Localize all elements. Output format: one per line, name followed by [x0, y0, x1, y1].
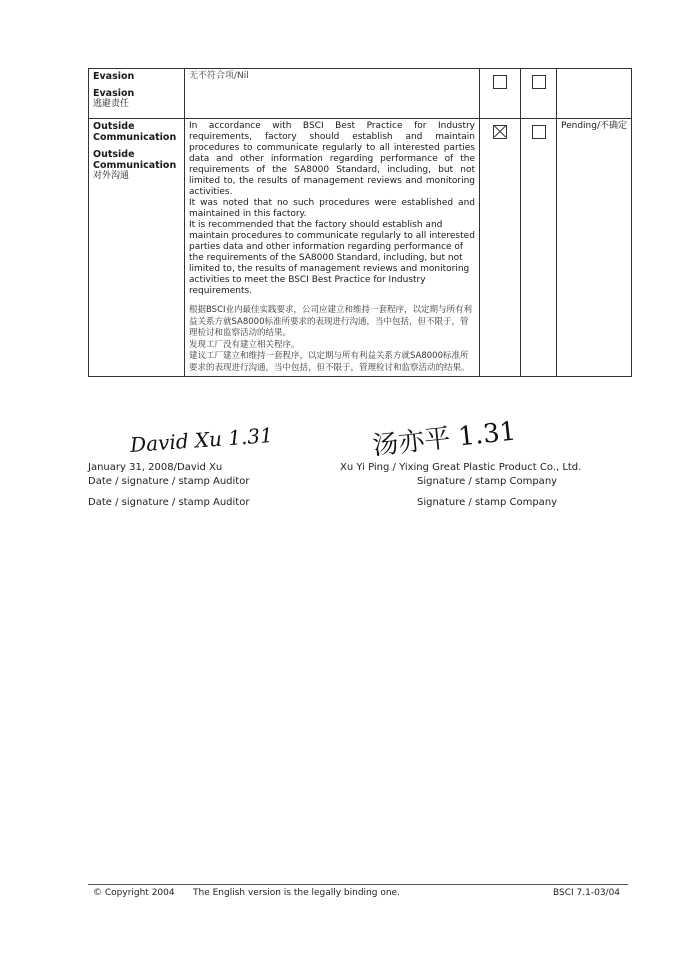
finding-text: It was noted that no such procedures wer…	[189, 198, 475, 220]
description-text: 无不符合项/Nil	[189, 71, 475, 82]
recommendation-text: It is recommended that the factory shoul…	[189, 220, 475, 297]
checkbox-unchecked[interactable]	[493, 75, 507, 89]
checkbox-unchecked[interactable]	[532, 125, 546, 139]
company-name-line: Xu Yi Ping / Yixing Great Plastic Produc…	[340, 462, 581, 473]
row-label: Evasion Evasion 逃避责任	[89, 69, 185, 119]
company-caption-1: Signature / stamp Company	[417, 476, 557, 487]
label-en-2: Evasion	[93, 88, 180, 99]
checkbox-unchecked[interactable]	[532, 75, 546, 89]
auditor-caption-1: Date / signature / stamp Auditor	[88, 476, 249, 487]
label-en-2: Outside Communication	[93, 149, 180, 171]
requirement-text: In accordance with BSCI Best Practice fo…	[189, 121, 475, 198]
checkbox-cell-2	[521, 69, 557, 119]
label-en: Outside Communication	[93, 121, 180, 143]
checkbox-cell-2	[521, 119, 557, 377]
footer-divider	[88, 884, 628, 885]
label-cn: 逃避责任	[93, 99, 180, 110]
requirement-text-cn: 根据BSCI业内最佳实践要求，公司应建立和维持一套程序，以定期与所有利益关系方就…	[189, 305, 475, 340]
auditor-caption-2: Date / signature / stamp Auditor	[88, 497, 249, 508]
auditor-signature: David Xu 1.31	[129, 423, 273, 457]
footer-copyright: © Copyright 2004	[93, 888, 175, 898]
auditor-name-line: January 31, 2008/David Xu	[88, 462, 222, 473]
row-label: Outside Communication Outside Communicat…	[89, 119, 185, 377]
table-row: Outside Communication Outside Communicat…	[89, 119, 632, 377]
audit-findings-table: Evasion Evasion 逃避责任 无不符合项/Nil Outside C…	[88, 68, 632, 377]
company-signature: 汤亦平 1.31	[370, 411, 517, 463]
recommendation-text-cn: 建议工厂建立和维持一套程序，以定期与所有利益关系方就SA8000标准所要求的表现…	[189, 351, 475, 374]
footer-note: The English version is the legally bindi…	[193, 888, 400, 898]
finding-text-cn: 发现工厂没有建立相关程序。	[189, 340, 475, 352]
label-en: Evasion	[93, 71, 180, 82]
footer-version: BSCI 7.1-03/04	[553, 888, 620, 898]
checkbox-checked[interactable]	[493, 125, 507, 139]
table-row: Evasion Evasion 逃避责任 无不符合项/Nil	[89, 69, 632, 119]
remarks-cell: Pending/不确定	[557, 119, 632, 377]
row-description: In accordance with BSCI Best Practice fo…	[185, 119, 480, 377]
checkbox-cell-1	[480, 119, 521, 377]
remarks-cell	[557, 69, 632, 119]
checkbox-cell-1	[480, 69, 521, 119]
company-caption-2: Signature / stamp Company	[417, 497, 557, 508]
label-cn: 对外沟通	[93, 171, 180, 182]
row-description: 无不符合项/Nil	[185, 69, 480, 119]
